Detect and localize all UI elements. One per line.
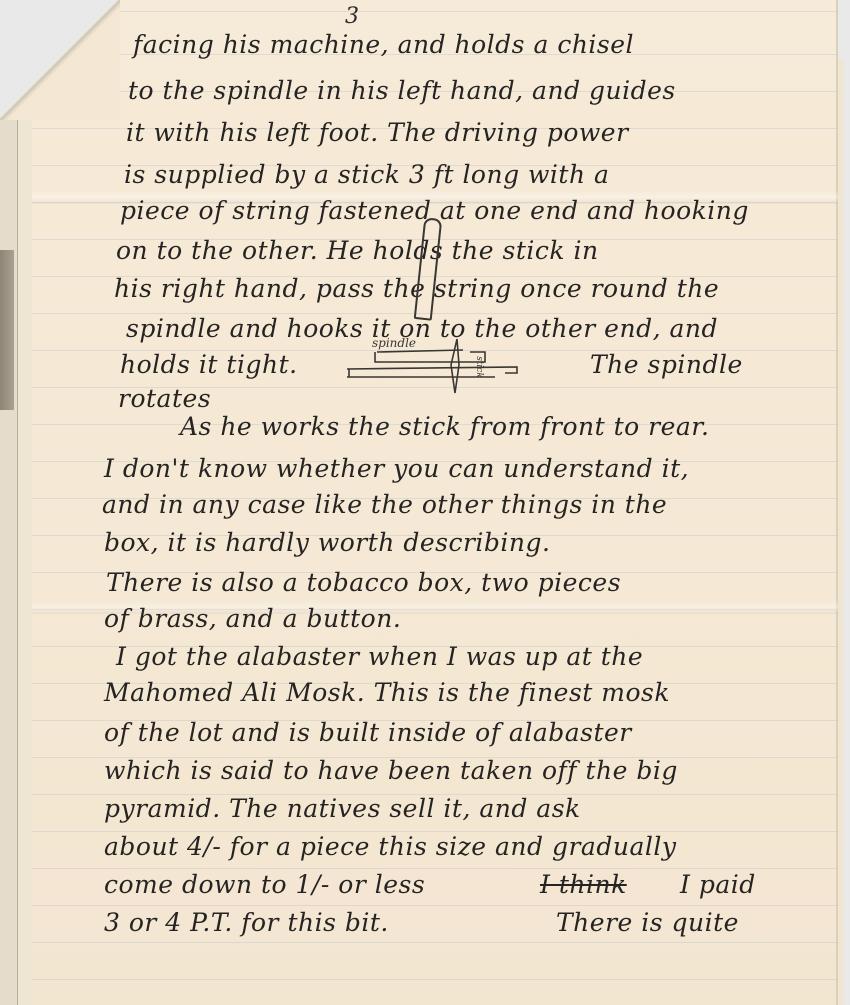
text-line: Mahomed Ali Mosk. This is the finest mos… [104, 678, 670, 707]
spindle-label: spindle [372, 336, 416, 350]
text-line: to the spindle in his left hand, and gui… [128, 76, 676, 105]
text-line-tail: There is quite [556, 908, 739, 937]
text-line: of brass, and a button. [104, 604, 401, 633]
text-line: holds it tight. [120, 350, 298, 379]
text-line: on to the other. He holds the stick in [116, 236, 599, 265]
text-line: I got the alabaster when I was up at the [116, 642, 643, 671]
text-line: rotates [118, 384, 211, 413]
text-line: about 4/- for a piece this size and grad… [104, 832, 676, 861]
text-line: of the lot and is built inside of alabas… [104, 718, 632, 747]
text-line: come down to 1/- or less [104, 870, 425, 899]
text-line: it with his left foot. The driving power [126, 118, 629, 147]
text-line: and in any case like the other things in… [102, 490, 667, 519]
struck-out-text: I think [540, 870, 627, 899]
text-line: box, it is hardly worth describing. [104, 528, 550, 557]
text-line: facing his machine, and holds a chisel [133, 30, 634, 59]
text-line: is supplied by a stick 3 ft long with a [124, 160, 609, 189]
stick-label: stick [474, 356, 484, 378]
text-line: I don't know whether you can understand … [104, 454, 689, 483]
text-line: which is said to have been taken off the… [104, 756, 678, 785]
text-line: pyramid. The natives sell it, and ask [104, 794, 581, 823]
text-line-tail: I paid [680, 870, 756, 899]
page-number: 3 [345, 4, 359, 29]
text-line: 3 or 4 P.T. for this bit. [104, 908, 389, 937]
text-line: As he works the stick from front to rear… [180, 412, 709, 441]
text-line: There is also a tobacco box, two pieces [106, 568, 621, 597]
edge-stain [0, 250, 14, 410]
text-line-tail: The spindle [590, 350, 743, 379]
folded-corner [0, 0, 120, 120]
